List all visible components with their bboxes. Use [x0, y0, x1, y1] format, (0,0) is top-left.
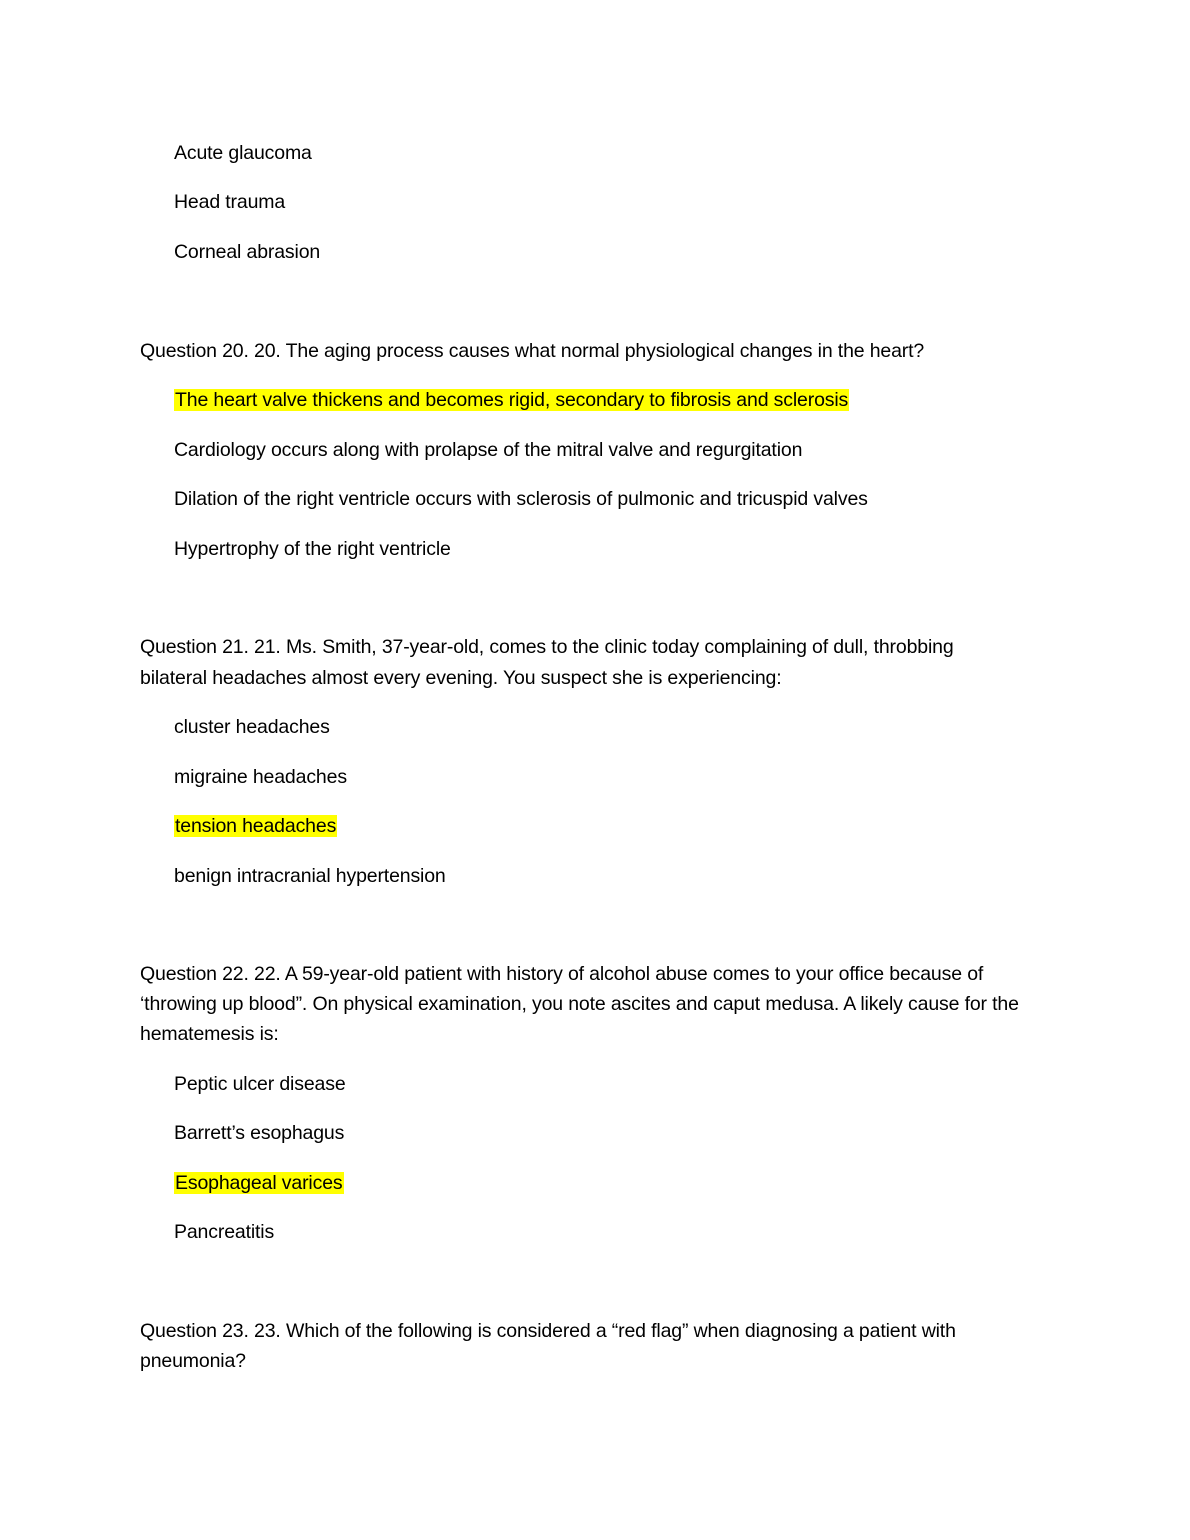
- answer-option: Hypertrophy of the right ventricle: [174, 534, 451, 564]
- answer-option-correct: tension headaches: [174, 811, 337, 841]
- question-line: Question 23. 23. Which of the following …: [140, 1320, 956, 1342]
- answer-option: Barrett’s esophagus: [174, 1118, 344, 1148]
- answer-option: Head trauma: [174, 187, 285, 217]
- question-line: hematemesis is:: [140, 1023, 279, 1045]
- question-22-text-cont2: hematemesis is:: [140, 1019, 279, 1049]
- option-text: Head trauma: [174, 191, 285, 213]
- question-22-text: Question 22. 22. A 59-year-old patient w…: [140, 959, 983, 989]
- question-line: Question 21. 21. Ms. Smith, 37-year-old,…: [140, 636, 954, 658]
- answer-option: Corneal abrasion: [174, 237, 320, 267]
- answer-option: Acute glaucoma: [174, 138, 312, 168]
- question-line: pneumonia?: [140, 1350, 246, 1372]
- answer-option-correct: Esophageal varices: [174, 1168, 344, 1198]
- answer-option-correct: The heart valve thickens and becomes rig…: [174, 385, 849, 415]
- option-text: Barrett’s esophagus: [174, 1122, 344, 1144]
- option-text: migraine headaches: [174, 766, 347, 788]
- answer-option: Cardiology occurs along with prolapse of…: [174, 435, 802, 465]
- answer-option: Peptic ulcer disease: [174, 1069, 346, 1099]
- answer-option: benign intracranial hypertension: [174, 861, 446, 891]
- option-text: Pancreatitis: [174, 1221, 274, 1243]
- answer-option: Dilation of the right ventricle occurs w…: [174, 484, 868, 514]
- option-text: Corneal abrasion: [174, 241, 320, 263]
- question-line: bilateral headaches almost every evening…: [140, 667, 781, 689]
- question-line: ‘throwing up blood”. On physical examina…: [140, 993, 1019, 1015]
- highlighted-answer: tension headaches: [174, 815, 337, 837]
- question-20-text: Question 20. 20. The aging process cause…: [140, 336, 924, 366]
- answer-option: migraine headaches: [174, 762, 347, 792]
- highlighted-answer: Esophageal varices: [174, 1172, 344, 1194]
- question-23-text-cont: pneumonia?: [140, 1346, 246, 1376]
- option-text: Cardiology occurs along with prolapse of…: [174, 439, 802, 461]
- question-22-text-cont: ‘throwing up blood”. On physical examina…: [140, 989, 1019, 1019]
- option-text: Acute glaucoma: [174, 142, 312, 164]
- option-text: Peptic ulcer disease: [174, 1073, 346, 1095]
- option-text: benign intracranial hypertension: [174, 865, 446, 887]
- question-21-text-cont: bilateral headaches almost every evening…: [140, 663, 781, 693]
- option-text: Dilation of the right ventricle occurs w…: [174, 488, 868, 510]
- question-line: Question 20. 20. The aging process cause…: [140, 340, 924, 362]
- answer-option: cluster headaches: [174, 712, 330, 742]
- option-text: Hypertrophy of the right ventricle: [174, 538, 451, 560]
- answer-option: Pancreatitis: [174, 1217, 274, 1247]
- question-23-text: Question 23. 23. Which of the following …: [140, 1316, 956, 1346]
- question-line: Question 22. 22. A 59-year-old patient w…: [140, 963, 983, 985]
- option-text: cluster headaches: [174, 716, 330, 738]
- highlighted-answer: The heart valve thickens and becomes rig…: [174, 389, 849, 411]
- question-21-text: Question 21. 21. Ms. Smith, 37-year-old,…: [140, 632, 954, 662]
